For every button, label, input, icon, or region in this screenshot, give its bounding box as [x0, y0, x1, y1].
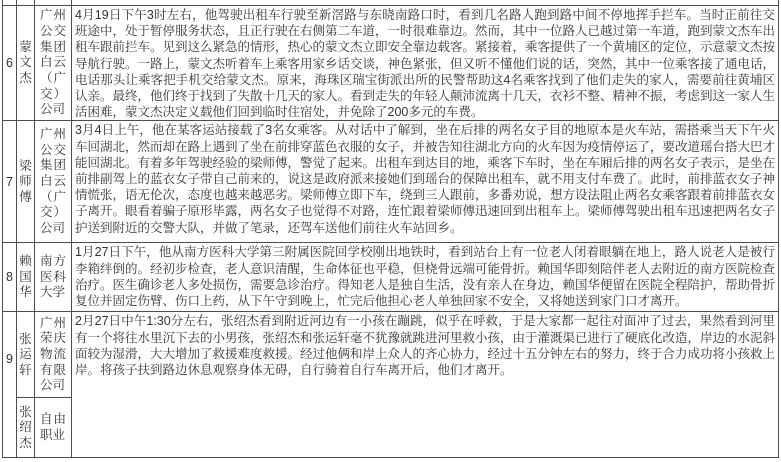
table-row: 7 梁师傅 广州公交集团白云（广交）公司 3月4日上午，他在某客运站接载了3名女…: [3, 121, 779, 243]
table-row: 6 蒙文杰 广州公交集团白云（广交）公司 4月19日下午3时左右，他驾驶出租车行…: [3, 6, 779, 121]
row-number-cell: 6: [3, 6, 17, 121]
org-cell: 广州公交集团白云（广交）公司: [35, 121, 72, 243]
deed-cell: 3月4日上午，他在某客运站接载了3名女乘客。从对话中了解到，坐在后排的两名女子目…: [72, 121, 779, 243]
row-number-cell: 9: [3, 312, 17, 458]
deed-cell: 2月27日中午1:30分左右，张绍杰看到附近河边有一小孩在蹦跳，似乎在呼救，于是…: [72, 312, 779, 458]
deed-cell: 4月19日下午3时左右，他驾驶出租车行驶至新滘路与东晓南路口时，看到几名路人跑到…: [72, 6, 779, 121]
document-page: 6 蒙文杰 广州公交集团白云（广交）公司 4月19日下午3时左右，他驾驶出租车行…: [0, 0, 781, 462]
name-cell: 张运轩: [17, 312, 35, 398]
org-cell: 南方医科大学: [35, 243, 72, 312]
deed-cell: 1月27日下午，他从南方医科大学第三附属医院回学校刚出地铁时，看到站台上有一位老…: [72, 243, 779, 312]
table-row: 9 张运轩 广州荣庆物流有限公司 2月27日中午1:30分左右，张绍杰看到附近河…: [3, 312, 779, 398]
name-cell: 蒙文杰: [17, 6, 35, 121]
good-deeds-table: 6 蒙文杰 广州公交集团白云（广交）公司 4月19日下午3时左右，他驾驶出租车行…: [2, 0, 779, 458]
row-number-cell: 7: [3, 121, 17, 243]
name-cell: 梁师傅: [17, 121, 35, 243]
row-number-cell: 8: [3, 243, 17, 312]
name-cell: 张绍杰: [17, 398, 35, 458]
table-row: 8 赖国华 南方医科大学 1月27日下午，他从南方医科大学第三附属医院回学校刚出…: [3, 243, 779, 312]
name-cell: 赖国华: [17, 243, 35, 312]
org-cell: 广州荣庆物流有限公司: [35, 312, 72, 398]
org-cell: 自由职业: [35, 398, 72, 458]
org-cell: 广州公交集团白云（广交）公司: [35, 6, 72, 121]
